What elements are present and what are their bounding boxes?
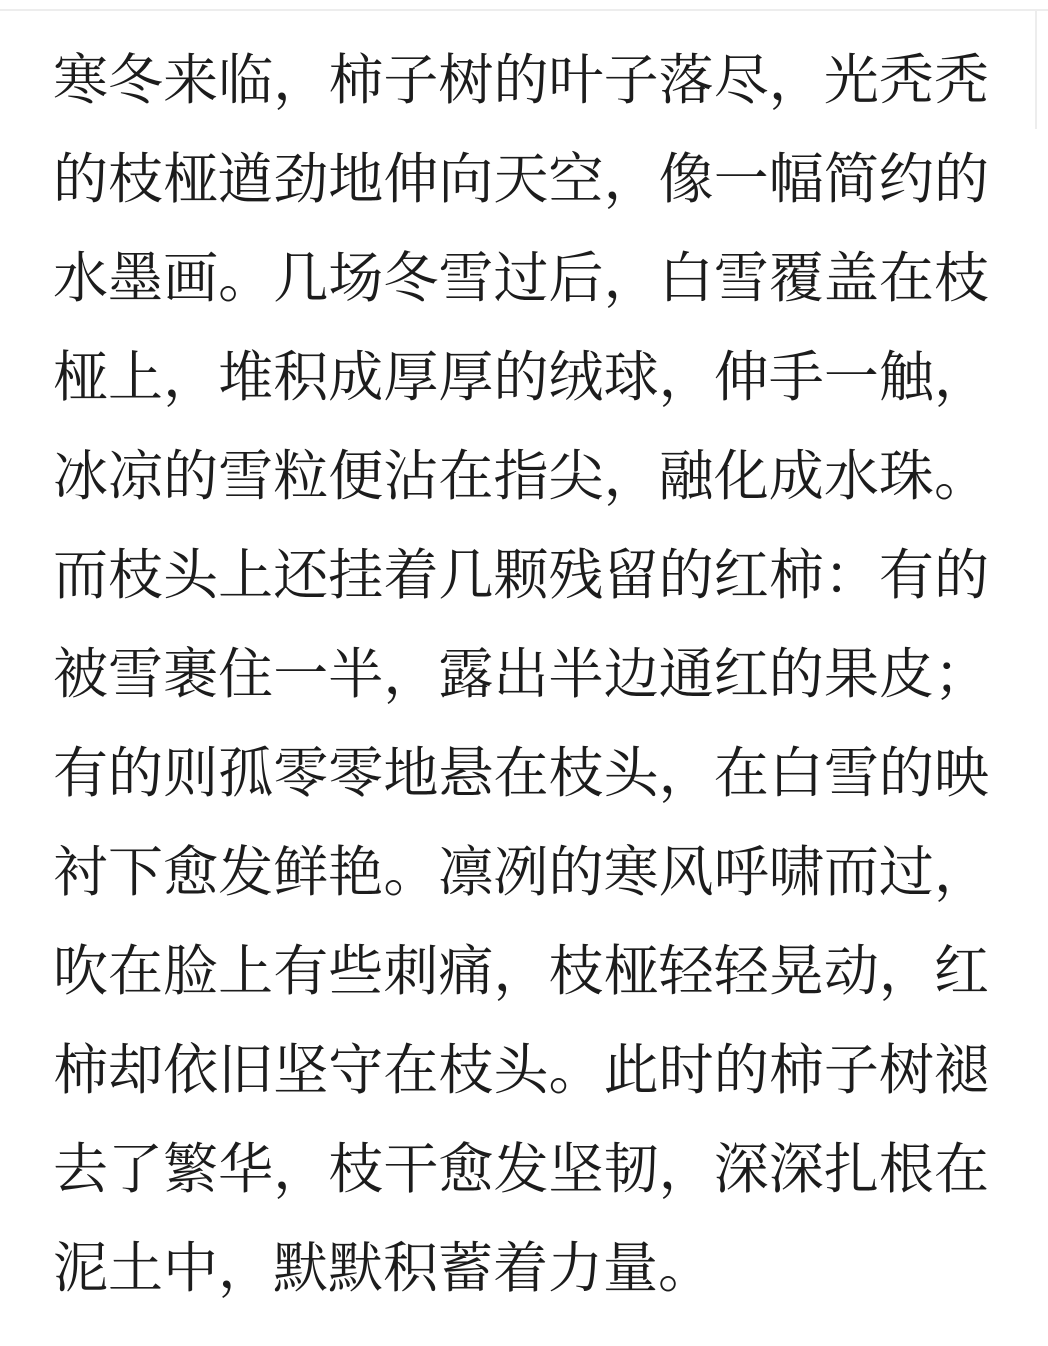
text-line-7: 被雪裹住一半，露出半边通红的果皮； <box>53 625 989 724</box>
document-page: 寒冬来临，柿子树的叶子落尽，光秃秃 的枝桠遒劲地伸向天空，像一幅简约的 水墨画。… <box>0 0 1048 1346</box>
frame-top-line <box>0 9 1048 11</box>
text-line-5: 冰凉的雪粒便沾在指尖，融化成水珠。 <box>53 427 989 526</box>
paragraph: 寒冬来临，柿子树的叶子落尽，光秃秃 的枝桠遒劲地伸向天空，像一幅简约的 水墨画。… <box>53 31 989 1318</box>
text-line-9: 衬下愈发鲜艳。凛冽的寒风呼啸而过， <box>53 823 989 922</box>
text-line-2: 的枝桠遒劲地伸向天空，像一幅简约的 <box>53 130 989 229</box>
text-line-6: 而枝头上还挂着几颗残留的红柿：有的 <box>53 526 989 625</box>
text-line-13: 泥土中，默默积蓄着力量。 <box>53 1219 989 1318</box>
text-line-10: 吹在脸上有些刺痛，枝桠轻轻晃动，红 <box>53 922 989 1021</box>
text-line-4: 桠上，堆积成厚厚的绒球，伸手一触， <box>53 328 989 427</box>
text-line-8: 有的则孤零零地悬在枝头，在白雪的映 <box>53 724 989 823</box>
text-line-3: 水墨画。几场冬雪过后，白雪覆盖在枝 <box>53 229 989 328</box>
text-line-1: 寒冬来临，柿子树的叶子落尽，光秃秃 <box>53 31 989 130</box>
text-line-12: 去了繁华，枝干愈发坚韧，深深扎根在 <box>53 1120 989 1219</box>
text-line-11: 柿却依旧坚守在枝头。此时的柿子树褪 <box>53 1021 989 1120</box>
frame-right-line <box>1035 9 1037 129</box>
